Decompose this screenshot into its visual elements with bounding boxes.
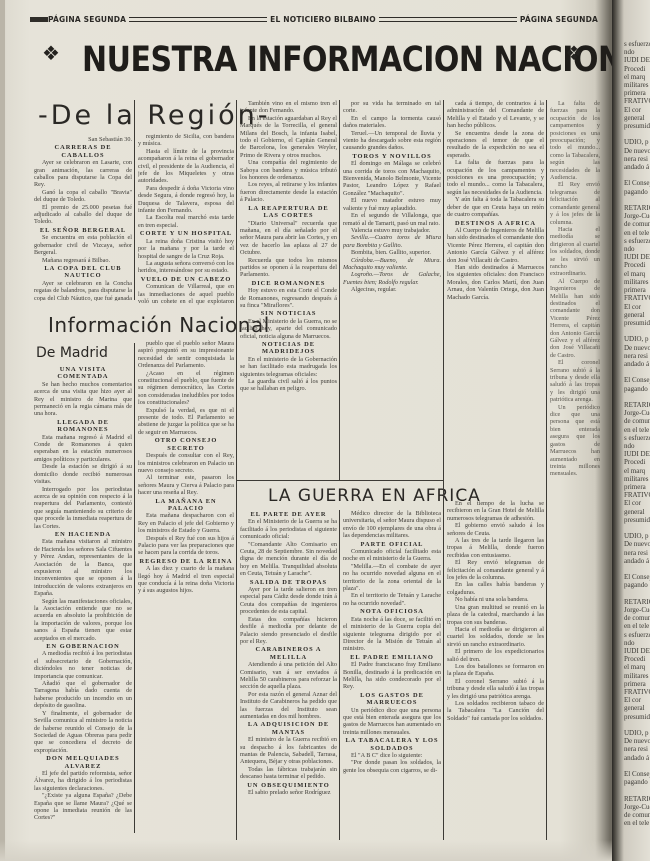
paragraph: Un periódico dice que una persona que es… [550, 404, 600, 478]
paragraph: El Rey envió telegramas de felicitación … [447, 559, 544, 581]
article-heading: LLEGADA DE ROMANONES [34, 419, 132, 434]
paragraph: El nuevo matador estuvo muy valiente y f… [343, 197, 441, 212]
running-head-center: EL NOTICIERO BILBAINO [270, 15, 376, 24]
region-column: San Sebastián 30. CARRERAS DE CABALLOS A… [34, 136, 132, 301]
article-heading: PARTE OFICIAL [343, 541, 441, 548]
next-page-edge: s esfuerzos ndo IUDI DE Procedi el marq … [612, 0, 650, 861]
article-heading: LA COPA DEL CLUB NAUTICO [34, 265, 132, 280]
paragraph: El premio de 25.000 pesetas fué adjudica… [34, 204, 132, 226]
column-4-upper: por su vida ha terminado en tal corte. E… [343, 100, 441, 478]
article-heading: EN GOBERNACION [34, 643, 132, 650]
paragraph: Al Cuerpo de Ingenieros de Melilla han s… [550, 278, 600, 359]
paragraph: El ministro de la Guerra recibió en su d… [240, 736, 337, 766]
paragraph: Algeciras, regular. [343, 286, 441, 293]
guerra-column-2: Médico director de la Biblioteca univers… [343, 510, 441, 835]
paragraph: El "A B C" dice lo siguiente: [343, 752, 441, 759]
paragraph: El Rey envió telegramas de felicitación … [550, 181, 600, 225]
paragraph: El gobierno envió saludo á los señores d… [447, 522, 544, 537]
article-heading: DON MELQUIADES ALVAREZ [34, 755, 132, 770]
article-heading: VUELO DE UN CABEZO [138, 276, 234, 283]
running-head-left: PÁGINA SEGUNDA [48, 15, 126, 24]
paragraph: Recuerda que todos los mismos partidos s… [240, 257, 337, 279]
article-heading: NOTICIAS DE MADRIDEJOS [240, 341, 337, 356]
paragraph: Esta noche á las doce, se facilitó en el… [343, 616, 441, 653]
paragraph: Una gran multitud se reunió en la plaza … [447, 604, 544, 626]
paragraph: No había ni una sola bandera. [447, 596, 544, 603]
paragraph: Y aún falta á toda la Tabacalera su debe… [447, 196, 544, 218]
paragraph: Según las manifestaciones oficiales, la … [34, 598, 132, 642]
column-rule [134, 343, 135, 833]
paragraph: La falta de fuerzas para la ocupación de… [550, 100, 600, 181]
paragraph: El domingo en Málaga se celebró una corr… [343, 160, 441, 197]
paragraph: "¿Existe ya alguna España? ¿Debe España … [34, 792, 132, 822]
paragraph: Hoy estuvo en esta Corte el Conde de Rom… [240, 287, 337, 309]
paragraph: Atendiendo á una petición del Alto Comis… [240, 661, 337, 691]
paragraph: La guardia civil salió á los puntos que … [240, 378, 337, 393]
paragraph: Al Cuerpo de Ingenieros de Melilla han s… [447, 227, 544, 264]
paragraph: En la estación aguardaban al Rey el Marq… [240, 115, 337, 159]
paragraph: Logroño.—Toros de Galache, Fuentes bien;… [343, 271, 441, 286]
paragraph: En el Ministerio de la Guerra, no se fac… [240, 318, 337, 340]
paragraph: Mañana regresará á Bilbao. [34, 257, 132, 264]
paragraph: Se encuentra en esta población el gobern… [34, 234, 132, 256]
article-heading: LA MAÑANA EN PALACIO [138, 498, 234, 513]
paragraph: Añadió que el gobernador de Tarragona ha… [34, 680, 132, 710]
paragraph: Y finalmente, el gobernador de Sevilla c… [34, 710, 132, 754]
paragraph: Todas las fábricas trabajarán sin descan… [240, 766, 337, 781]
paragraph: En el Ministerio de la Guerra se ha faci… [240, 518, 337, 540]
paragraph: El coronel Serrano subió á la tribuna y … [447, 678, 544, 700]
paragraph: Estas dos compañías hicieron desfile á m… [240, 616, 337, 646]
article-heading: EL SEÑOR BERGERAL [34, 227, 132, 234]
article-heading: OTRO CONSEJO SECRETO [138, 437, 234, 452]
paragraph: En el segundo de Villalonga, que remató … [343, 212, 441, 227]
paragraph: Se han hecho muchos comentarios acerca d… [34, 381, 132, 418]
article-heading: UN OBSEQUIMIENTO [240, 782, 337, 789]
article-heading: SIN NOTICIAS [240, 310, 337, 317]
paragraph: Los soldados recibieron tabaco de la Tab… [447, 700, 544, 722]
madrid-column: UNA VISITA COMENTADA Se han hecho muchos… [34, 365, 132, 833]
article-heading: DICE ROMANONES [240, 280, 337, 287]
article-heading: LOS GASTOS DE MARRUECOS [343, 692, 441, 707]
paragraph: Hacia el mediodía se dirigieron al cuart… [550, 226, 600, 278]
paragraph: El primero de los expedicionarios salió … [447, 648, 544, 663]
page-bottom-shadow [0, 840, 612, 861]
ornament-icon: ❖ [565, 44, 580, 64]
running-head-rule [129, 17, 267, 22]
paragraph: Después el Rey fué con sus hijos á Palac… [138, 535, 234, 557]
paragraph: Comunican de Villarreal, que en las inme… [138, 283, 234, 305]
masthead-title: NUESTRA INFORMACION NACIONAL Y EXTRANJER… [82, 40, 562, 80]
rule-lead [30, 17, 48, 22]
paragraph: Desde la estación se dirigió á su domici… [34, 463, 132, 485]
paragraph: A mediodía recibió á los periodistas el … [34, 650, 132, 680]
article-heading: EN HACIENDA [34, 531, 132, 538]
paragraph: Para despedir á doña Victoria vino desde… [138, 185, 234, 215]
running-head-rule [379, 17, 517, 22]
page-left-edge [0, 0, 5, 861]
paragraph: Comunicado oficial facilitado esta noche… [343, 548, 441, 563]
column-6-partial: La falta de fuerzas para la ocupación de… [550, 100, 600, 835]
paragraph: Los dos batallones se formaron en la pla… [447, 663, 544, 678]
paragraph: La Escolta real marchó esta tarde en tre… [138, 214, 234, 229]
paragraph: Valencia estuvo muy trabajador. [343, 227, 441, 234]
paragraph: "Comandante Alto Comisario en Ceuta, 28 … [240, 541, 337, 578]
region-column-2: regimiento de Sicilia, con bandera y mús… [138, 133, 234, 305]
paragraph: En el campo la tormenta causó daños mate… [343, 115, 441, 130]
column-rule [236, 480, 237, 840]
paragraph: Ganó la copa el caballo "Bravia" del duq… [34, 189, 132, 204]
paragraph: Ayer por la tarde salieron en tren espec… [240, 586, 337, 616]
paragraph: cada á tiempo, de contrarios á la admini… [447, 100, 544, 130]
article-heading: TOROS Y NOVILLOS [343, 153, 441, 160]
article-heading: LA ADQUISICION DE MANTAS [240, 721, 337, 736]
guerra-column-1: EL PARTE DE AYER En el Ministerio de la … [240, 510, 337, 835]
paragraph: Sevilla.—Cuatro toros de Miura para Bomb… [343, 234, 441, 249]
paragraph: ¿Acaso en el régimen constitucional el p… [138, 370, 234, 407]
article-heading: EL PADRE EMILIANO [343, 654, 441, 661]
article-heading: UNA VISITA COMENTADA [34, 366, 132, 381]
paragraph: Al terminar este, pasaron los señores Ma… [138, 474, 234, 496]
paragraph: Se encuentra desde la zona de operacione… [447, 130, 544, 160]
paragraph: Ayer se celebraron en la Concha regatas … [34, 280, 132, 301]
column-rule [339, 510, 340, 840]
paragraph: En el territorio de Tetuán y Larache no … [343, 592, 441, 607]
paragraph: Hacia el mediodía se dirigieron al cuart… [447, 626, 544, 648]
paragraph: El jefe del partido reformista, señor Ál… [34, 770, 132, 792]
column-rule [236, 100, 237, 480]
paragraph: Médico director de la Biblioteca univers… [343, 510, 441, 540]
paragraph: En el tiempo de la lucha se recibieron e… [447, 500, 544, 522]
article-heading: NOTA OFICIOSA [343, 608, 441, 615]
paragraph: El Padre franciscano fray Emiliano Bonil… [343, 661, 441, 691]
madrid-column-2: pueblo que el pueblo señor Maura aspiró … [138, 340, 234, 835]
paragraph: Esta mañana visitaron al ministro de Hac… [34, 538, 132, 597]
column-rule [134, 100, 135, 300]
column-5-lower: En el tiempo de la lucha se recibieron e… [447, 500, 544, 835]
paragraph: La falta de fuerzas para la ocupación de… [447, 159, 544, 196]
article-heading: REGRESO DE LA REINA [138, 558, 234, 565]
section-title-madrid: De Madrid [36, 345, 108, 361]
paragraph: Una compañía del regimiento de Saboya co… [240, 159, 337, 181]
paragraph: El coronel Serrano subió á la tribuna y … [550, 359, 600, 403]
column-3-upper: También vino en el mismo tren el infante… [240, 100, 337, 478]
article-heading: LA TABACALERA Y LOS SOLDADOS [343, 737, 441, 752]
paragraph: Hasta el límite de la provincia acompaña… [138, 148, 234, 185]
section-rule [236, 480, 443, 481]
paragraph: "Diario Universal" recuerda que mañana, … [240, 220, 337, 257]
dateline: San Sebastián 30. [34, 136, 132, 143]
paragraph: La augusta señora conversó con los herid… [138, 260, 234, 275]
paragraph: Ayer se celebraron en Lasarte, con gran … [34, 159, 132, 189]
paragraph: En el ministerio de la Gobernación se ha… [240, 356, 337, 378]
paragraph: Han sido destinados á Marruecos los sigu… [447, 264, 544, 301]
running-head: PÁGINA SEGUNDA EL NOTICIERO BILBAINO PÁG… [30, 12, 598, 26]
paragraph: Córdoba.—Bueno, de Miura. Machaquito muy… [343, 257, 441, 272]
column-5-upper: cada á tiempo, de contrarios á la admini… [447, 100, 544, 500]
article-heading: CORTE Y UN HOSPITAL [138, 230, 234, 237]
paragraph: Esta mañana regresó á Madrid el Conde de… [34, 434, 132, 464]
newspaper-page: PÁGINA SEGUNDA EL NOTICIERO BILBAINO PÁG… [0, 0, 612, 861]
paragraph: Los reyes, al retirarse y los infantes f… [240, 181, 337, 203]
paragraph: "Por donde pasan los soldados, la gente … [343, 759, 441, 774]
paragraph: por su vida ha terminado en tal corte. [343, 100, 441, 115]
paragraph: Interrogado por los periodistas acerca d… [34, 486, 132, 530]
article-heading: SALIDA DE TROPAS [240, 579, 337, 586]
article-heading: CARRERAS DE CABALLOS [34, 144, 132, 159]
article-heading: DESTINOS A AFRICA [447, 220, 544, 227]
paragraph: pueblo que el pueblo señor Maura aspiró … [138, 340, 234, 370]
paragraph: Expulsó la verdad, es que ni el presente… [138, 407, 234, 437]
paragraph: Esta mañana despacharon con el Rey en Pa… [138, 512, 234, 534]
paragraph: Después de consultar con el Rey, los min… [138, 452, 234, 474]
paragraph: A las diez y cuarto de la mañana llegó h… [138, 565, 234, 595]
paragraph: La reina doña Cristina visitó hoy por la… [138, 238, 234, 260]
next-page-text: s esfuerzos ndo IUDI DE Procedi el marq … [624, 40, 650, 828]
article-heading: CARABINEROS A MELILLA [240, 646, 337, 661]
running-head-right: PÁGINA SEGUNDA [520, 15, 598, 24]
paragraph: Bombita, bien. Gallito, superior. [343, 249, 441, 256]
paragraph: Un periódico dice que una persona que es… [343, 707, 441, 737]
article-heading: EL PARTE DE AYER [240, 511, 337, 518]
paragraph: regimiento de Sicilia, con bandera y mús… [138, 133, 234, 148]
paragraph: En las calles había banderas y colgadura… [447, 581, 544, 596]
paragraph: Por esta razón el general Aznar del Inst… [240, 691, 337, 721]
paragraph: El sabio prelado señor Rodríguez [240, 789, 337, 796]
paragraph: "Melilla.—En el combate de ayer no ha oc… [343, 563, 441, 593]
paragraph: También vino en el mismo tren el infante… [240, 100, 337, 115]
paragraph: Teruel.—Un temporal de lluvia y viento h… [343, 130, 441, 152]
article-heading: LA REAPERTURA DE LAS CORTES [240, 205, 337, 220]
column-rule [546, 100, 547, 840]
masthead: ❖ NUESTRA INFORMACION NACIONAL Y EXTRANJ… [40, 40, 610, 90]
column-rule [443, 100, 444, 840]
ornament-icon: ❖ [42, 44, 57, 64]
paragraph: A las tres de la tarde llegaron las trop… [447, 537, 544, 559]
column-rule [339, 100, 340, 480]
